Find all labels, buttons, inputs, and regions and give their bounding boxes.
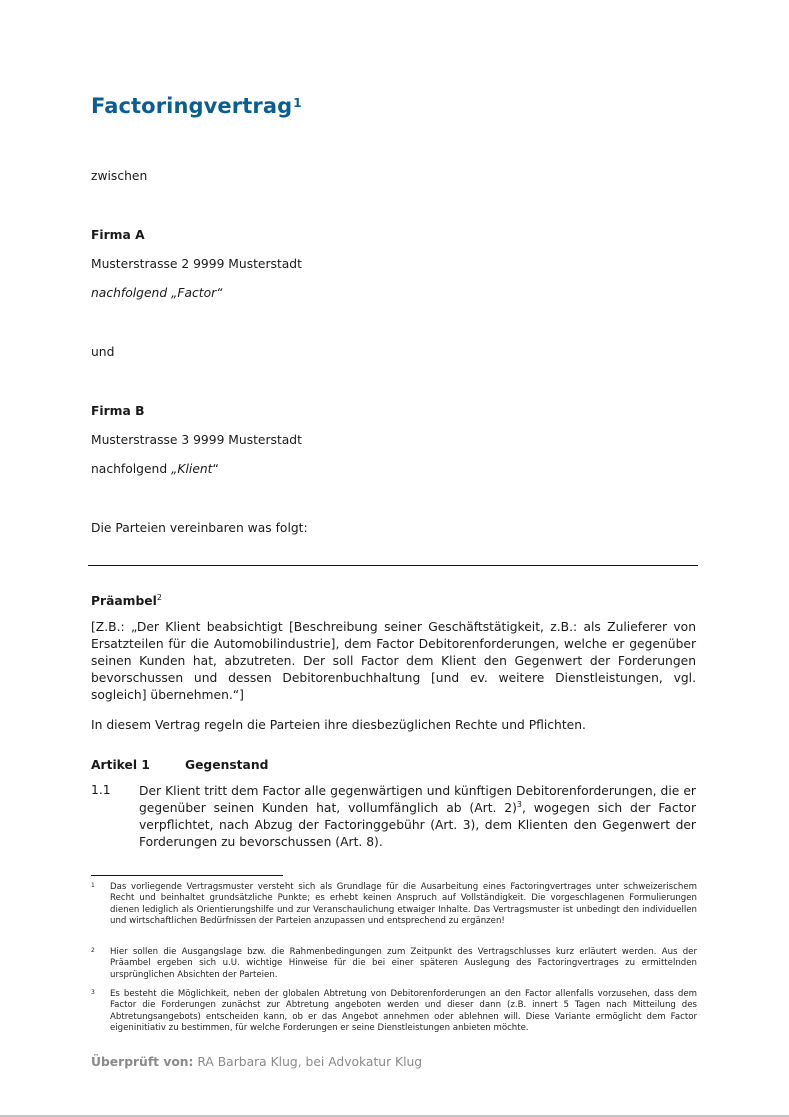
- footnote-1: 1 Das vorliegende Vertragsmuster versteh…: [91, 882, 697, 928]
- footnote-separator: [91, 875, 283, 876]
- agreement-intro: Die Parteien vereinbaren was folgt:: [91, 520, 308, 537]
- article-number: Artikel 1: [91, 758, 185, 772]
- document-page: Factoringvertrag1 zwischen Firma A Muste…: [0, 0, 789, 1117]
- footnote-3: 3 Es besteht die Möglichkeit, neben der …: [91, 989, 697, 1035]
- party-b-address: Musterstrasse 3 9999 Musterstadt: [91, 432, 302, 449]
- footnote-ref-1[interactable]: 1: [293, 96, 301, 110]
- designation-term: „Klient: [171, 462, 212, 476]
- footnote-number: 1: [91, 880, 95, 891]
- footnote-2: 2 Hier sollen die Ausgangslage bzw. die …: [91, 947, 697, 981]
- reviewed-by-value: RA Barbara Klug, bei Advokatur Klug: [193, 1055, 422, 1069]
- article-1-heading: Artikel 1Gegenstand: [91, 758, 268, 772]
- designation-term: „Factor“: [171, 286, 223, 300]
- clause-1-1: Der Klient tritt dem Factor alle gegenwä…: [139, 783, 696, 851]
- footnote-text: Hier sollen die Ausgangslage bzw. die Ra…: [110, 947, 697, 981]
- footnote-ref-2[interactable]: 2: [157, 593, 162, 602]
- designation-close: “: [213, 462, 219, 476]
- footnote-number: 2: [91, 945, 95, 956]
- party-a-designation: nachfolgend „Factor“: [91, 285, 223, 302]
- designation-prefix: nachfolgend: [91, 286, 171, 300]
- party-b-name: Firma B: [91, 403, 144, 420]
- party-b-designation: nachfolgend „Klient“: [91, 461, 219, 478]
- designation-prefix: nachfolgend: [91, 462, 171, 476]
- reviewed-by: Überprüft von: RA Barbara Klug, bei Advo…: [91, 1055, 422, 1069]
- preamble-closing: In diesem Vertrag regeln die Parteien ih…: [91, 717, 696, 734]
- footnote-text: Das vorliegende Vertragsmuster versteht …: [110, 882, 697, 928]
- party-a-address: Musterstrasse 2 9999 Musterstadt: [91, 256, 302, 273]
- and-label: und: [91, 344, 114, 361]
- article-title: Gegenstand: [185, 758, 268, 772]
- preamble-text: [Z.B.: „Der Klient beabsichtigt [Beschre…: [91, 619, 696, 704]
- section-divider: [88, 565, 698, 566]
- reviewed-by-label: Überprüft von:: [91, 1055, 193, 1069]
- party-a-name: Firma A: [91, 227, 145, 244]
- preamble-heading: Präambel2: [91, 593, 162, 610]
- title-text: Factoringvertrag: [91, 94, 292, 118]
- clause-number: 1.1: [91, 783, 111, 797]
- preamble-heading-text: Präambel: [91, 594, 157, 608]
- footnote-number: 3: [91, 987, 95, 998]
- between-label: zwischen: [91, 168, 147, 185]
- footnote-text: Es besteht die Möglichkeit, neben der gl…: [110, 989, 697, 1035]
- document-title: Factoringvertrag1: [91, 94, 302, 118]
